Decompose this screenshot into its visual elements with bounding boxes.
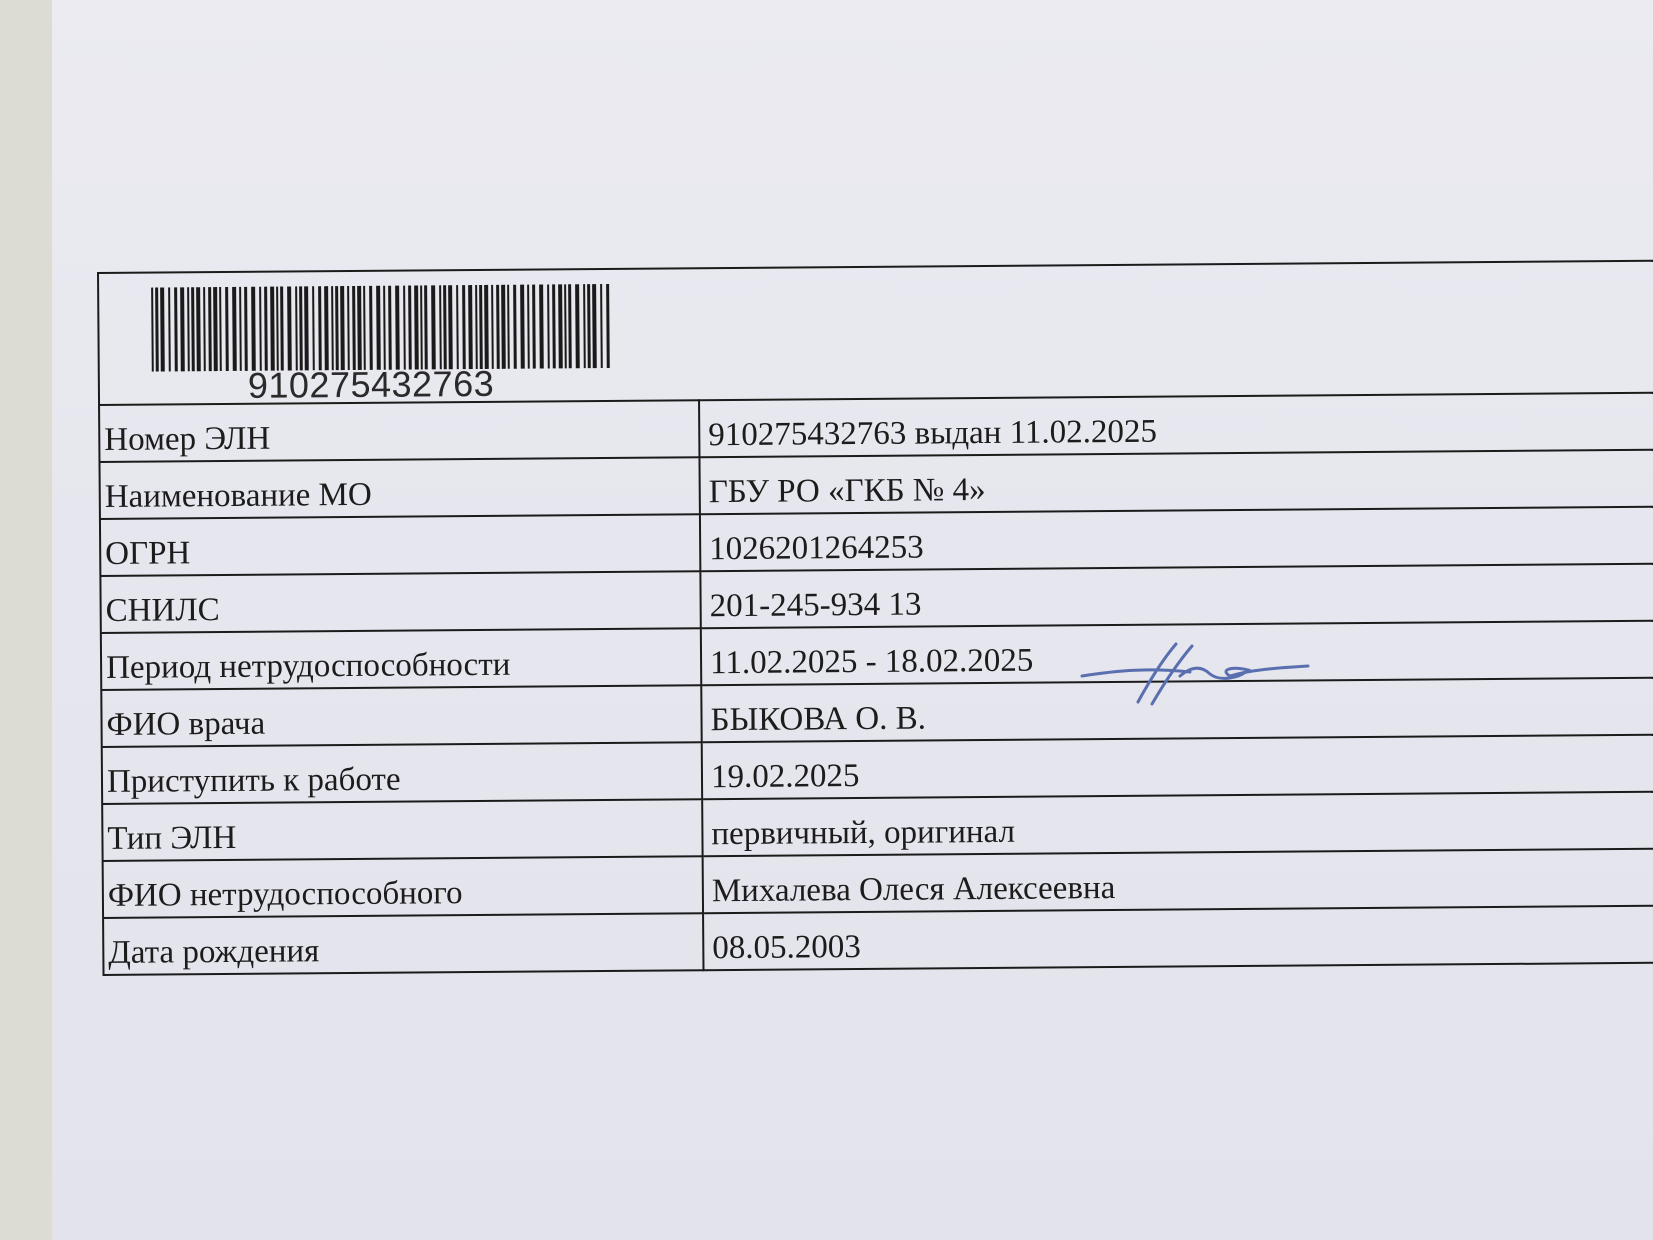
row-label: Период нетрудоспособности — [101, 628, 701, 690]
row-value: 910275432763 выдан 11.02.2025 — [699, 393, 1653, 458]
signature-icon — [1080, 640, 1310, 712]
row-label: Наименование МО — [99, 457, 699, 519]
row-value: первичный, оригинал — [702, 792, 1653, 857]
row-label: Дата рождения — [103, 913, 703, 975]
row-label: Тип ЭЛН — [102, 799, 702, 861]
row-value: 201-245-934 13 — [700, 564, 1653, 629]
row-label: СНИЛС — [100, 571, 700, 633]
row-label: Приступить к работе — [102, 742, 702, 804]
row-label: Номер ЭЛН — [99, 400, 699, 462]
row-value: 19.02.2025 — [702, 735, 1653, 800]
row-value: 1026201264253 — [700, 507, 1653, 572]
sick-leave-certificate: 910275432763 Номер ЭЛН910275432763 выдан… — [97, 260, 1653, 976]
barcode-icon — [151, 284, 620, 372]
row-label: ОГРН — [100, 514, 700, 576]
barcode-number: 910275432763 — [248, 363, 495, 407]
row-value: Михалева Олеся Алексеевна — [703, 849, 1653, 914]
row-label: ФИО нетрудоспособного — [103, 856, 703, 918]
row-label: ФИО врача — [101, 685, 701, 747]
barcode-section: 910275432763 — [97, 260, 1653, 404]
row-value: 08.05.2003 — [703, 906, 1653, 971]
table-row: Дата рождения08.05.2003 — [103, 906, 1653, 975]
row-value: ГБУ РО «ГКБ № 4» — [699, 450, 1653, 515]
certificate-table: Номер ЭЛН910275432763 выдан 11.02.2025 Н… — [98, 392, 1653, 976]
